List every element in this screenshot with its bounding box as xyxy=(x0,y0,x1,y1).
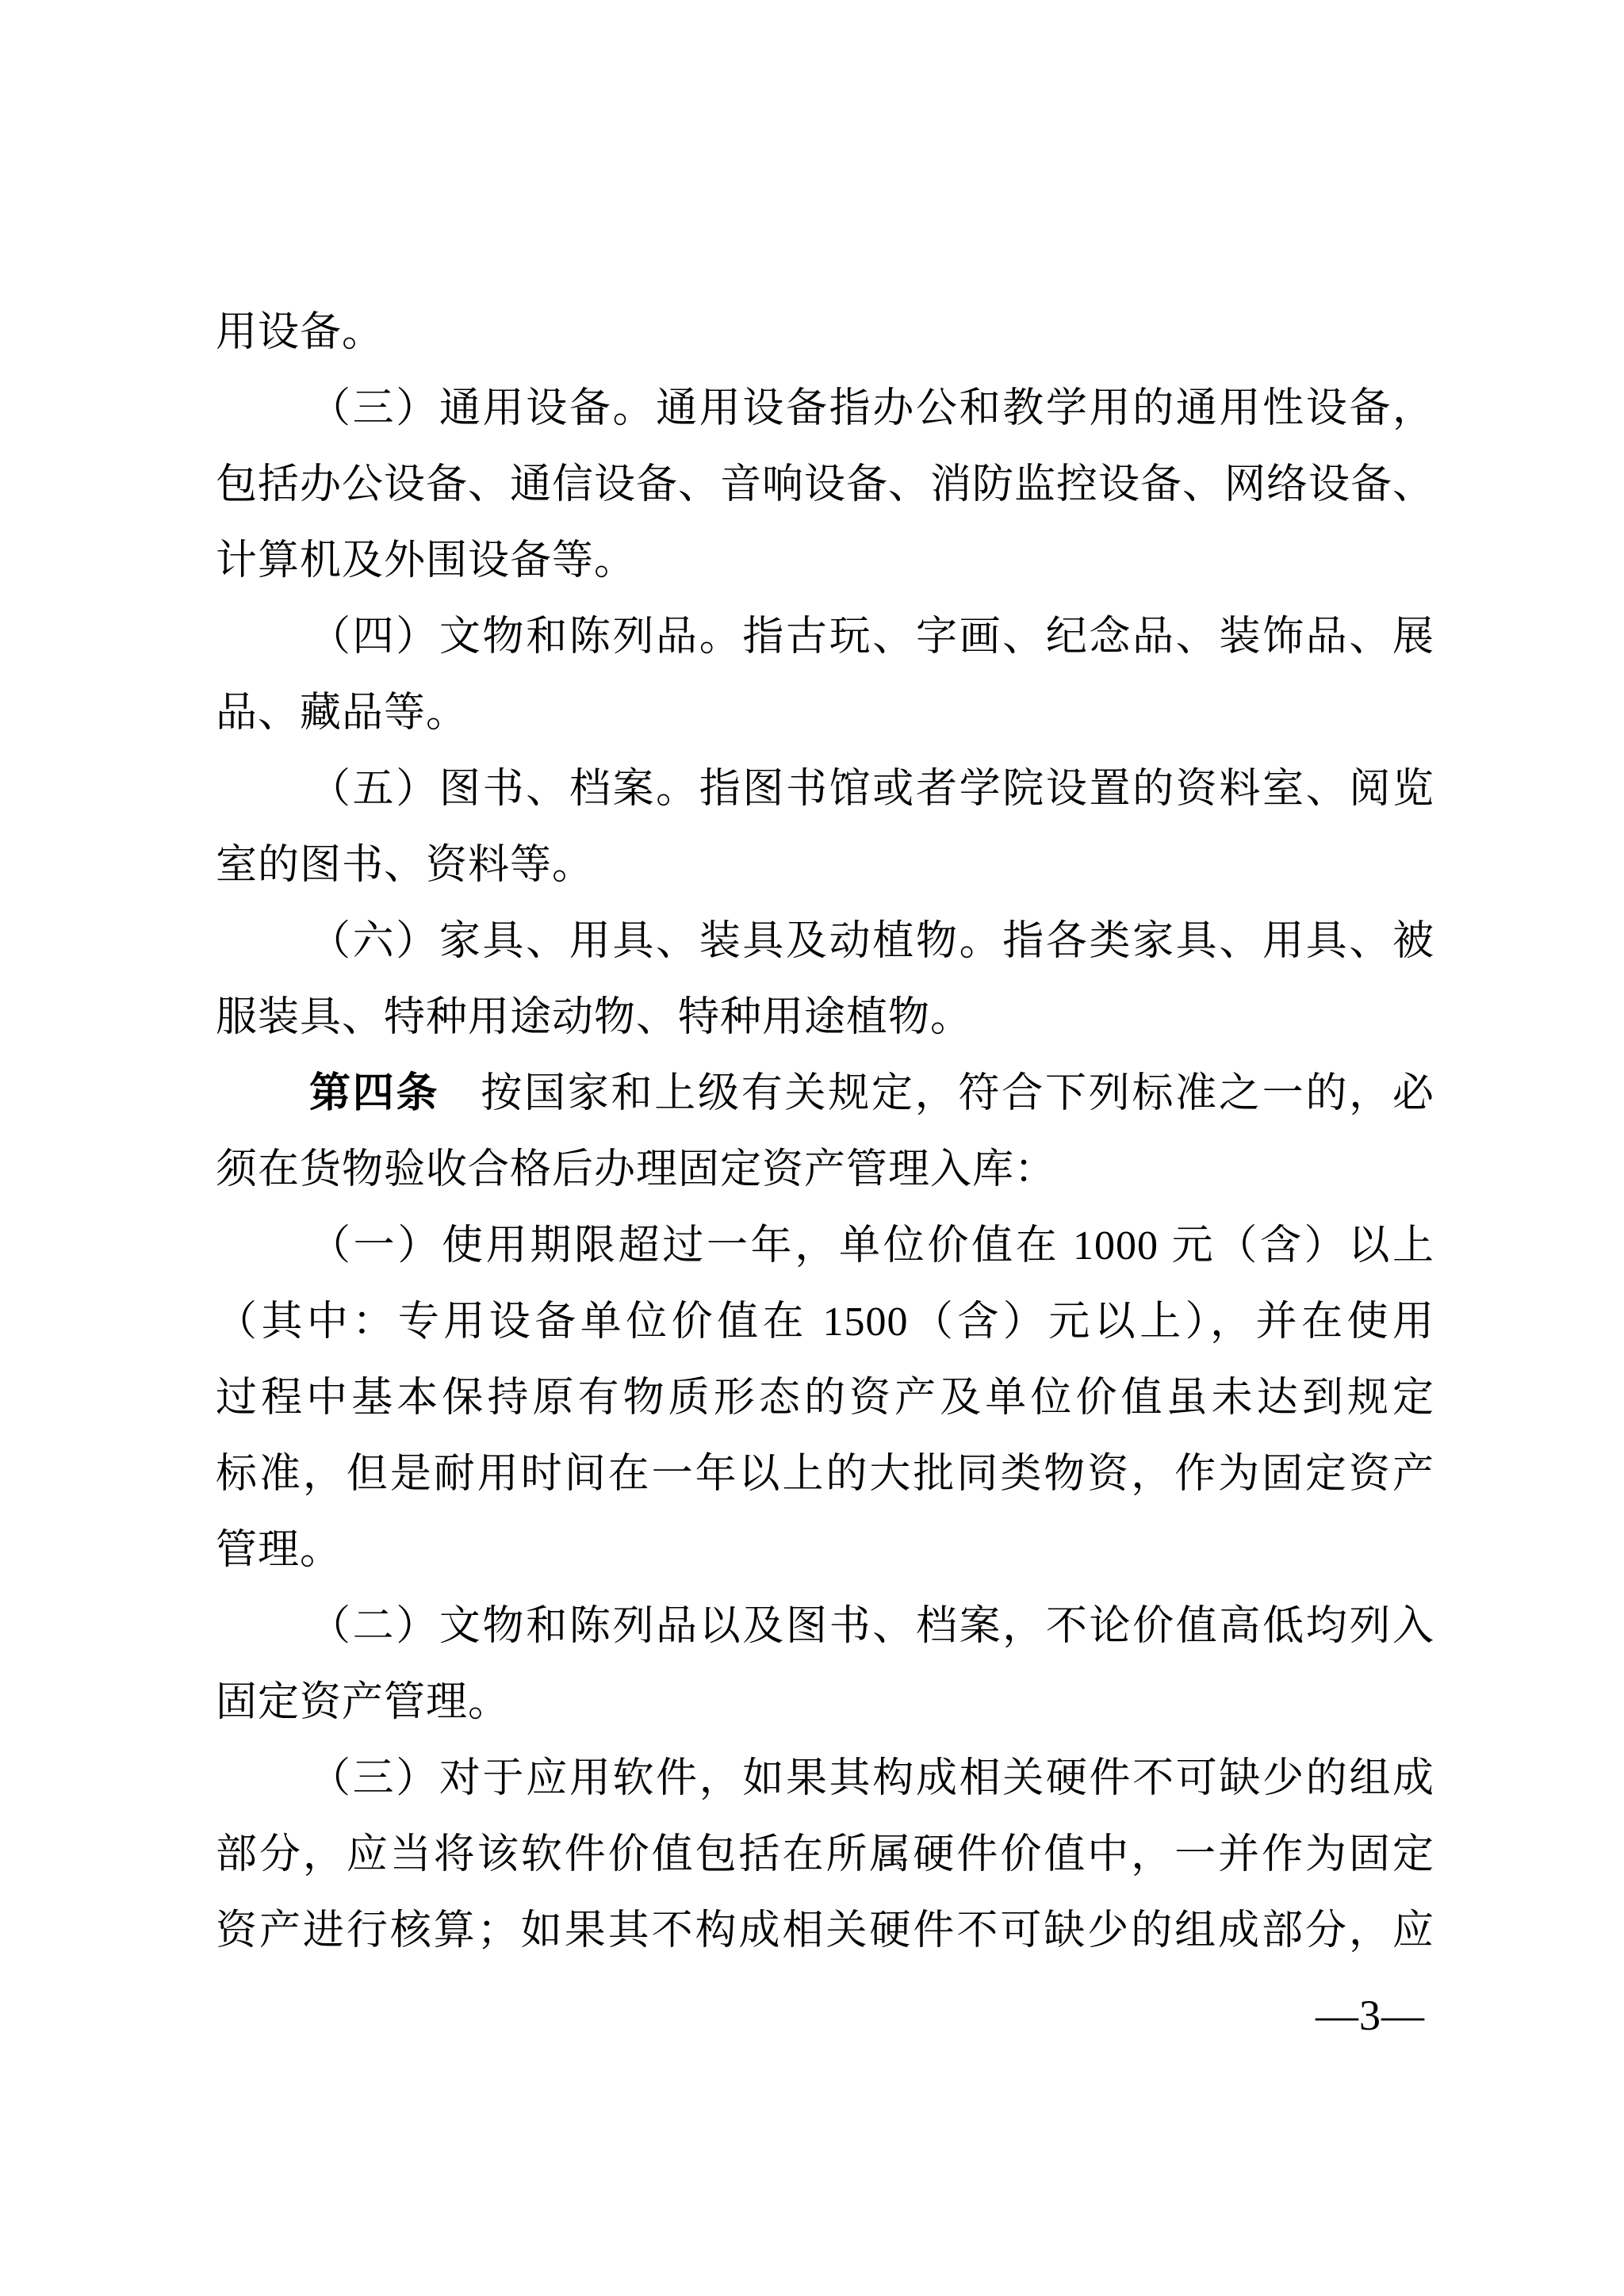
text-line: 服装具、特种用途动物、特种用途植物。 xyxy=(216,980,1434,1056)
document-page: { "page": { "background_color": "#ffffff… xyxy=(0,0,1624,2296)
article-text: 按国家和上级有关规定，符合下列标准之一的，必 xyxy=(481,1071,1434,1116)
text-line: （二）文物和陈列品以及图书、档案，不论价值高低均列入 xyxy=(216,1589,1434,1665)
text-line: （一）使用期限超过一年，单位价值在 1000 元（含）以上 xyxy=(216,1208,1434,1284)
text-line: 部分，应当将该软件价值包括在所属硬件价值中，一并作为固定 xyxy=(216,1817,1434,1893)
text-line: 须在货物验收合格后办理固定资产管理入库： xyxy=(216,1132,1434,1208)
text-line: （四）文物和陈列品。指古玩、字画、纪念品、装饰品、展 xyxy=(216,599,1434,675)
text-line: （六）家具、用具、装具及动植物。指各类家具、用具、被 xyxy=(216,904,1434,980)
page-number: —3— xyxy=(1316,1992,1425,2039)
text-line: 用设备。 xyxy=(216,295,1434,371)
text-line: 过程中基本保持原有物质形态的资产及单位价值虽未达到规定 xyxy=(216,1360,1434,1437)
text-line: （其中：专用设备单位价值在 1500（含）元以上），并在使用 xyxy=(216,1284,1434,1360)
text-line: 资产进行核算；如果其不构成相关硬件不可缺少的组成部分，应 xyxy=(216,1893,1434,1969)
text-line: 品、藏品等。 xyxy=(216,675,1434,752)
text-line: 标准，但是耐用时间在一年以上的大批同类物资，作为固定资产 xyxy=(216,1437,1434,1513)
text-line: （三）通用设备。通用设备指办公和教学用的通用性设备， xyxy=(216,371,1434,447)
article-heading-line: 第四条按国家和上级有关规定，符合下列标准之一的，必 xyxy=(216,1056,1434,1132)
text-line: 包括办公设备、通信设备、音响设备、消防监控设备、网络设备、 xyxy=(216,447,1434,523)
text-line: （五）图书、档案。指图书馆或者学院设置的资料室、阅览 xyxy=(216,752,1434,828)
text-line: 室的图书、资料等。 xyxy=(216,828,1434,904)
article-number: 第四条 xyxy=(309,1071,439,1116)
text-line: 计算机及外围设备等。 xyxy=(216,523,1434,599)
text-line: 管理。 xyxy=(216,1513,1434,1589)
text-line: 固定资产管理。 xyxy=(216,1665,1434,1741)
document-body: 用设备。 （三）通用设备。通用设备指办公和教学用的通用性设备， 包括办公设备、通… xyxy=(216,295,1434,1969)
text-line: （三）对于应用软件，如果其构成相关硬件不可缺少的组成 xyxy=(216,1741,1434,1817)
page-sheet: 用设备。 （三）通用设备。通用设备指办公和教学用的通用性设备， 包括办公设备、通… xyxy=(0,0,1624,2296)
